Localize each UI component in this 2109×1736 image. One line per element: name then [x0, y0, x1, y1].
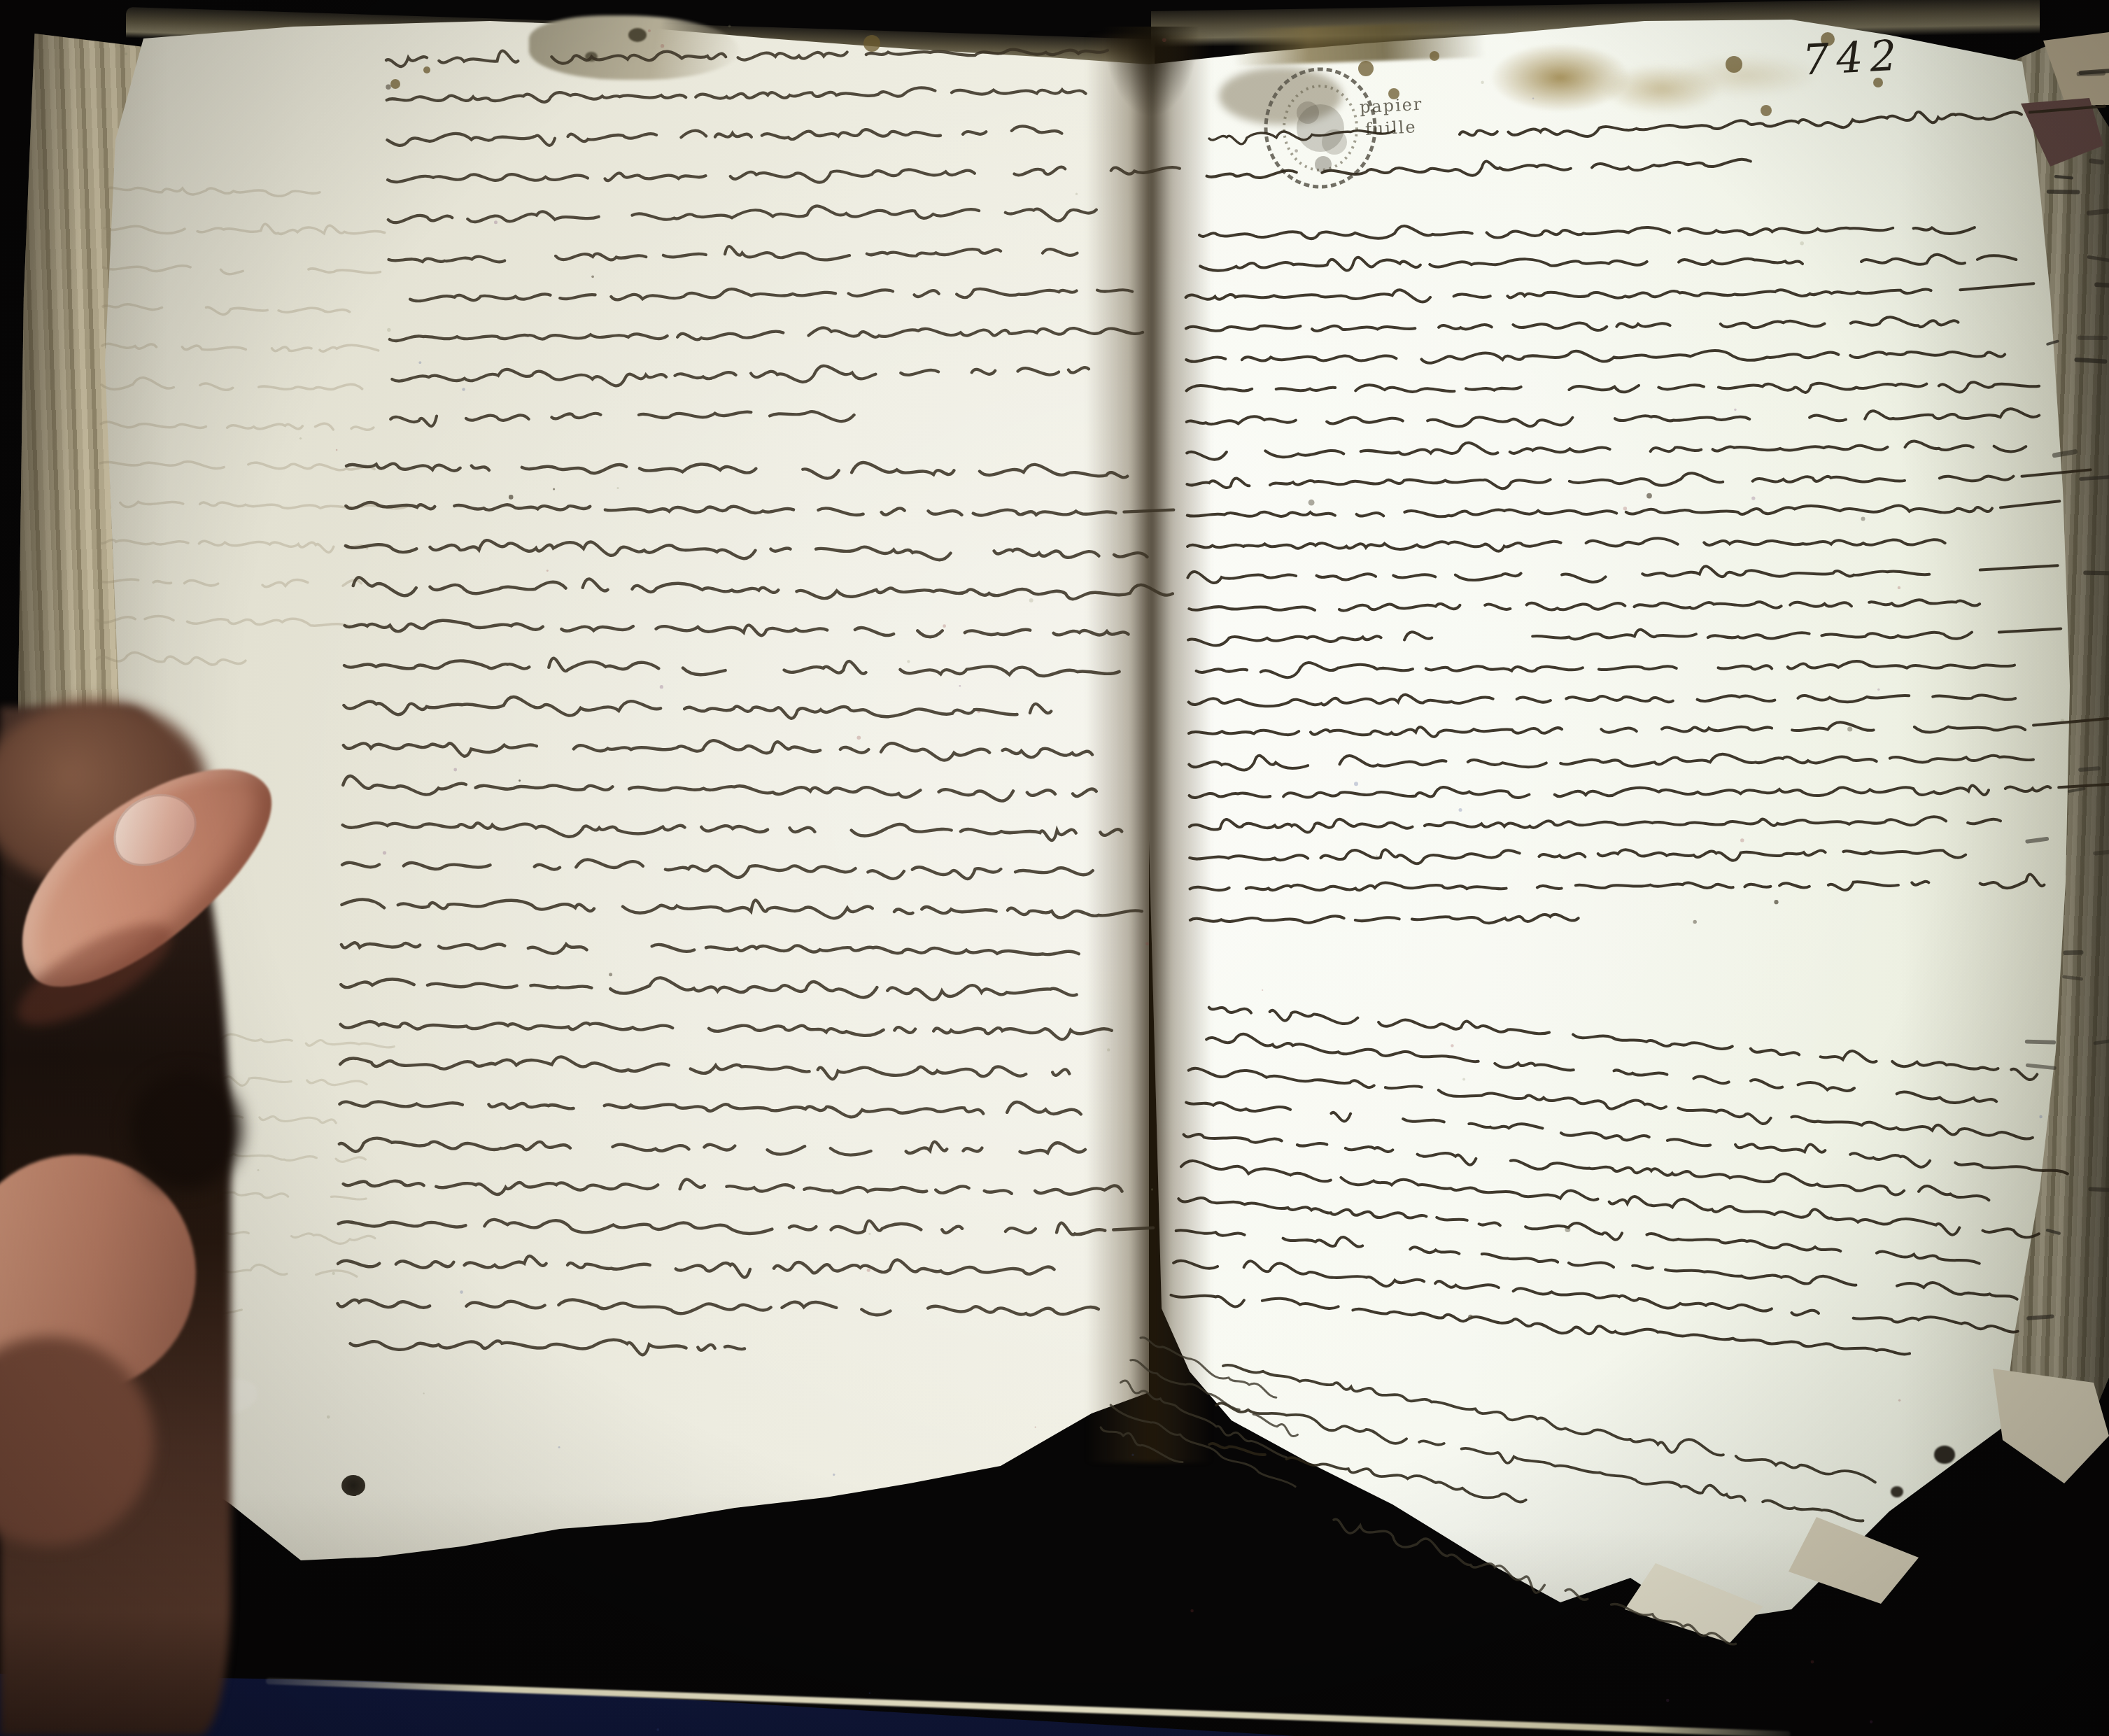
wormhole — [1934, 1446, 1955, 1464]
notarial-stamp-icon: papier fuille — [1256, 66, 1438, 199]
gutter-shadow — [1086, 35, 1212, 1462]
hand — [0, 707, 308, 1736]
stamp-text-top: papier — [1359, 94, 1423, 118]
finger-gap-shadow — [129, 1071, 241, 1190]
wormhole — [1891, 1486, 1903, 1497]
brown-stain — [1672, 55, 1819, 97]
wormhole — [341, 1475, 365, 1496]
photo-canvas: papier fuille 742 — [0, 0, 2109, 1736]
stamp-text-bottom: fuille — [1364, 117, 1417, 139]
dark-spot — [585, 52, 598, 62]
page-number: 742 — [1801, 31, 1905, 85]
dark-spot — [628, 28, 647, 42]
gutter-top-shadow — [1102, 27, 1200, 118]
